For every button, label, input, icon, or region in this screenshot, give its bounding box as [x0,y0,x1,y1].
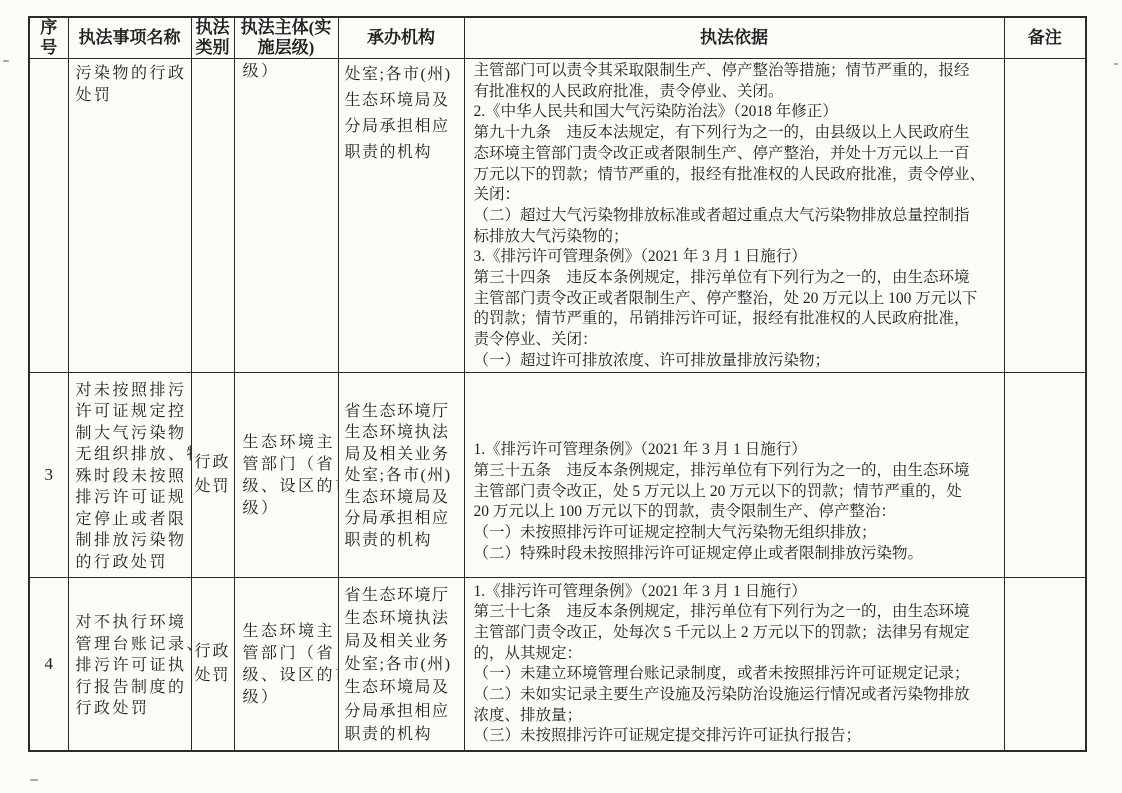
scan-artifact [1114,63,1118,65]
col-header-seq: 序 号 [29,17,68,59]
cell-name: 对不执行环境 管理台账记录、 排污许可证执 行报告制度的 行政处罚 [68,577,191,751]
cell-seq [29,59,68,373]
cell-name: 污染物的行政 处罚 [68,59,191,373]
cell-basis: 1.《排污许可管理条例》（2021 年 3 月 1 日施行） 第三十五条 违反本… [464,372,1004,577]
cell-seq: 4 [29,577,68,751]
scan-artifact [3,60,9,62]
cell-note [1004,577,1086,751]
cell-agency: 省生态环境厅 生态环境执法 局及相关业务 处室;各市(州) 生态环境局及 分局承… [338,577,464,751]
scan-artifact [30,779,38,781]
cell-agency: 处室;各市(州) 生态环境局及 分局承担相应 职责的机构 [338,59,464,373]
col-header-name: 执法事项名称 [68,17,191,59]
table-row-continuation: 污染物的行政 处罚 级） 处室;各市(州) 生态环境局及 分局承担相应 职责的机… [29,59,1086,373]
col-header-subject: 执法主体(实 施层级) [234,17,338,59]
cell-subject: 级） [234,59,338,373]
col-header-basis: 执法依据 [464,17,1004,59]
cell-basis: 主管部门可以责令其采取限制生产、停产整治等措施；情节严重的，报经 有批准权的人民… [464,59,1004,373]
cell-agency: 省生态环境厅 生态环境执法 局及相关业务 处室;各市(州) 生态环境局及 分局承… [338,372,464,577]
cell-category: 行政 处罚 [191,577,234,751]
cell-subject: 生态环境主 管部门（省 级、设区的市 级） [234,372,338,577]
cell-category [191,59,234,373]
col-header-note: 备注 [1004,17,1086,59]
cell-note [1004,59,1086,373]
enforcement-items-table: 序 号 执法事项名称 执法 类别 执法主体(实 施层级) 承办机构 执法依据 备… [28,16,1087,752]
col-header-category: 执法 类别 [191,17,234,59]
cell-basis: 1.《排污许可管理条例》（2021 年 3 月 1 日施行） 第三十七条 违反本… [464,577,1004,751]
cell-name: 对未按照排污 许可证规定控 制大气污染物 无组织排放、特 殊时段未按照 排污许可… [68,372,191,577]
scanned-page: { "page": { "background": "#fbfbf8", "in… [0,0,1122,793]
header-row: 序 号 执法事项名称 执法 类别 执法主体(实 施层级) 承办机构 执法依据 备… [29,17,1086,59]
col-header-agency: 承办机构 [338,17,464,59]
table-row-3: 3 对未按照排污 许可证规定控 制大气污染物 无组织排放、特 殊时段未按照 排污… [29,372,1086,577]
cell-seq: 3 [29,372,68,577]
cell-note [1004,372,1086,577]
cell-subject: 生态环境主 管部门（省 级、设区的市 级） [234,577,338,751]
table-row-4: 4 对不执行环境 管理台账记录、 排污许可证执 行报告制度的 行政处罚 行政 处… [29,577,1086,751]
cell-category: 行政 处罚 [191,372,234,577]
